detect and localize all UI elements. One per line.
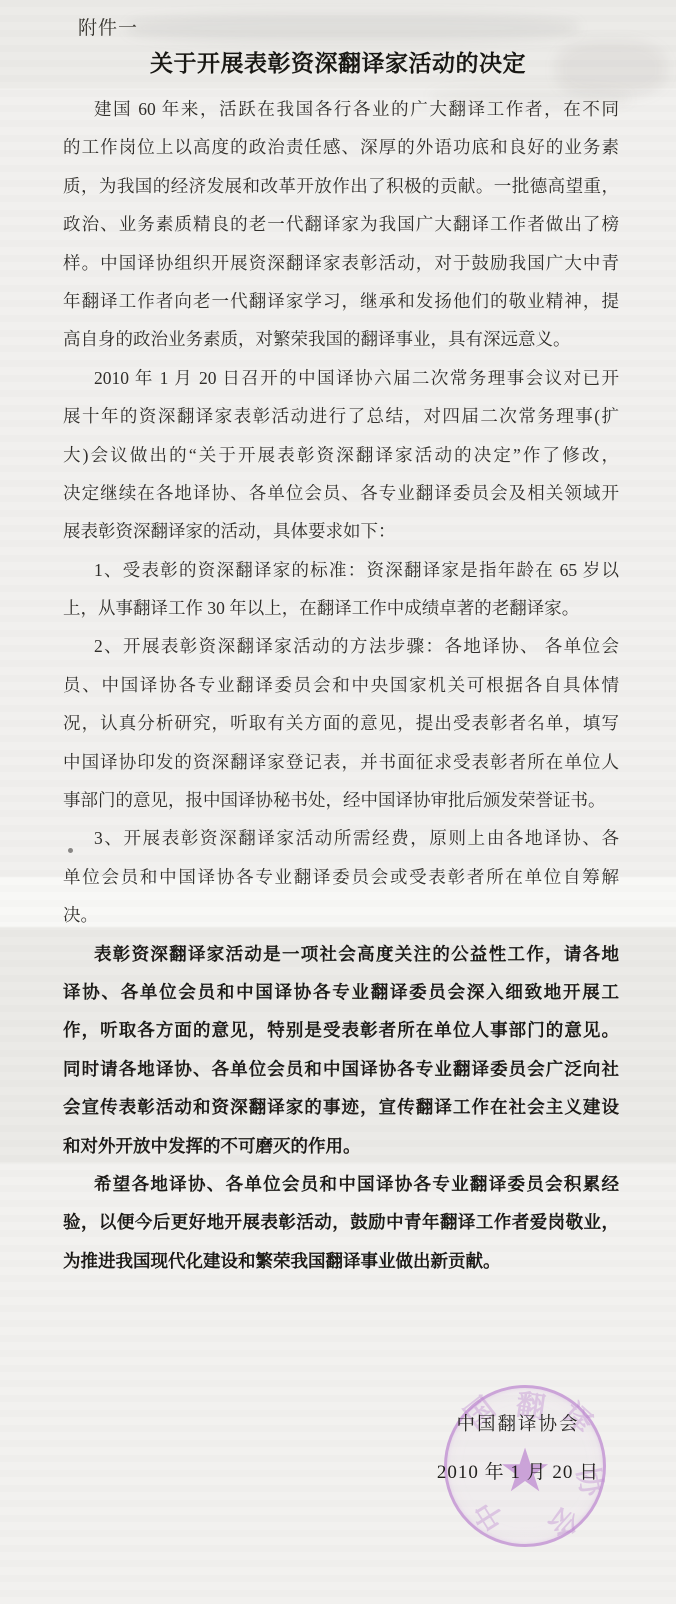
text-line: 决。	[63, 896, 619, 934]
signature-block: 中国翻译协会 2010 年 1 月 20 日	[398, 1410, 638, 1484]
text-line: 员、中国译协各专业翻译委员会和中央国家机关可根据各自具体情	[63, 666, 619, 704]
text-line: 和对外开放中发挥的不可磨灭的作用。	[63, 1127, 619, 1165]
document-title: 关于开展表彰资深翻译家活动的决定	[0, 45, 676, 78]
text-line: 中国译协印发的资深翻译家登记表，并书面征求受表彰者所在单位人	[63, 743, 619, 781]
text-line: 事部门的意见，报中国译协秘书处，经中国译协审批后颁发荣誉证书。	[63, 781, 619, 819]
text-line: 验，以便今后更好地开展表彰活动，鼓励中青年翻译工作者爱岗敬业，	[63, 1203, 619, 1241]
scanned-document-page: 附件一 关于开展表彰资深翻译家活动的决定 建国 60 年来，活跃在我国各行各业的…	[0, 0, 676, 1604]
text-line: 况，认真分析研究，听取有关方面的意见，提出受表彰者名单，填写	[63, 704, 619, 742]
text-line: 2010 年 1 月 20 日召开的中国译协六届二次常务理事会议对已开	[63, 359, 619, 397]
text-line: 单位会员和中国译协各专业翻译委员会或受表彰者所在单位自筹解	[63, 858, 619, 896]
text-line: 大)会议做出的“关于开展表彰资深翻译家活动的决定”作了修改，	[63, 436, 619, 474]
attachment-label: 附件一	[78, 13, 138, 40]
signature-date: 2010 年 1 月 20 日	[398, 1457, 638, 1484]
text-line: 的工作岗位上以高度的政治责任感、深厚的外语功底和良好的业务素	[63, 128, 619, 166]
text-line: 展十年的资深翻译家表彰活动进行了总结，对四届二次常务理事(扩	[63, 397, 619, 435]
text-line: 为推进我国现代化建设和繁荣我国翻译事业做出新贡献。	[63, 1242, 619, 1280]
text-line: 希望各地译协、各单位会员和中国译协各专业翻译委员会积累经	[63, 1165, 619, 1203]
text-line: 建国 60 年来，活跃在我国各行各业的广大翻译工作者，在不同	[63, 90, 619, 128]
text-line: 1、受表彰的资深翻译家的标准：资深翻译家是指年龄在 65 岁以	[63, 551, 619, 589]
text-line: 2、开展表彰资深翻译家活动的方法步骤：各地译协、 各单位会	[63, 627, 619, 665]
text-line: 会宣传表彰活动和资深翻译家的事迹，宣传翻译工作在社会主义建设	[63, 1088, 619, 1126]
text-line: 上，从事翻译工作 30 年以上，在翻译工作中成绩卓著的老翻译家。	[63, 589, 619, 627]
text-line: 3、开展表彰资深翻译家活动所需经费，原则上由各地译协、各	[63, 819, 619, 857]
text-line: 决定继续在各地译协、各单位会员、各专业翻译委员会及相关领域开	[63, 474, 619, 512]
text-line: 作，听取各方面的意见，特别是受表彰者所在单位人事部门的意见。	[63, 1011, 619, 1049]
scan-artifact	[128, 14, 578, 42]
document-body: 建国 60 年来，活跃在我国各行各业的广大翻译工作者，在不同的工作岗位上以高度的…	[63, 90, 619, 1280]
text-line: 质，为我国的经济发展和改革开放作出了积极的贡献。一批德高望重，	[63, 167, 619, 205]
text-line: 展表彰资深翻译家的活动，具体要求如下：	[63, 512, 619, 550]
stamp-ring-character: 会	[542, 1501, 583, 1542]
text-line: 译协、各单位会员和中国译协各专业翻译委员会深入细致地开展工	[63, 973, 619, 1011]
signature-organization: 中国翻译协会	[398, 1410, 638, 1436]
text-line: 年翻译工作者向老一代翻译家学习，继承和发扬他们的敬业精神，提	[63, 282, 619, 320]
text-line: 政治、业务素质精良的老一代翻译家为我国广大翻译工作者做出了榜	[63, 205, 619, 243]
stamp-ring-character: 中	[471, 1496, 511, 1536]
text-line: 高自身的政治业务素质，对繁荣我国的翻译事业，具有深远意义。	[63, 320, 619, 358]
text-line: 同时请各地译协、各单位会员和中国译协各专业翻译委员会广泛向社	[63, 1050, 619, 1088]
text-line: 样。中国译协组织开展资深翻译家表彰活动，对于鼓励我国广大中青	[63, 244, 619, 282]
text-line: 表彰资深翻译家活动是一项社会高度关注的公益性工作，请各地	[63, 935, 619, 973]
